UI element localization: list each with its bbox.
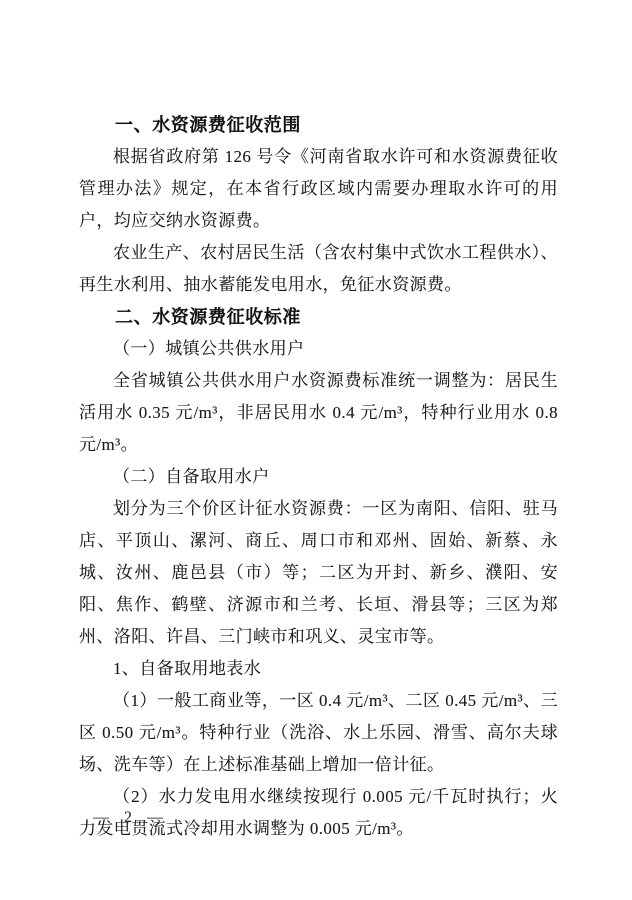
para-self-supply-title: （二）自备取用水户	[79, 461, 558, 493]
scanned-document-page: 一、水资源费征收范围 根据省政府第 126 号令《河南省取水许可和水资源费征收管…	[0, 0, 632, 900]
para-exemptions: 农业生产、农村居民生活（含农村集中式饮水工程供水）、再生水利用、抽水蓄能发电用水…	[79, 237, 558, 301]
page-number: — 2 —	[93, 804, 164, 832]
para-collection-basis: 根据省政府第 126 号令《河南省取水许可和水资源费征收管理办法》规定，在本省行…	[79, 141, 558, 237]
heading-fee-standard: 二、水资源费征收标准	[79, 301, 558, 333]
document-body: 一、水资源费征收范围 根据省政府第 126 号令《河南省取水许可和水资源费征收管…	[79, 109, 558, 845]
para-industry-rates: （1）一般工商业等，一区 0.4 元/m³、二区 0.45 元/m³、三区 0.…	[79, 685, 558, 781]
para-urban-public-supply-title: （一）城镇公共供水用户	[79, 333, 558, 365]
para-surface-water-title: 1、自备取用地表水	[79, 653, 558, 685]
para-price-zones: 划分为三个价区计征水资源费：一区为南阳、信阳、驻马店、平顶山、漯河、商丘、周口市…	[79, 493, 558, 653]
heading-water-fee-scope: 一、水资源费征收范围	[79, 109, 558, 141]
para-urban-public-supply-rates: 全省城镇公共供水用户水资源费标准统一调整为：居民生活用水 0.35 元/m³，非…	[79, 365, 558, 461]
